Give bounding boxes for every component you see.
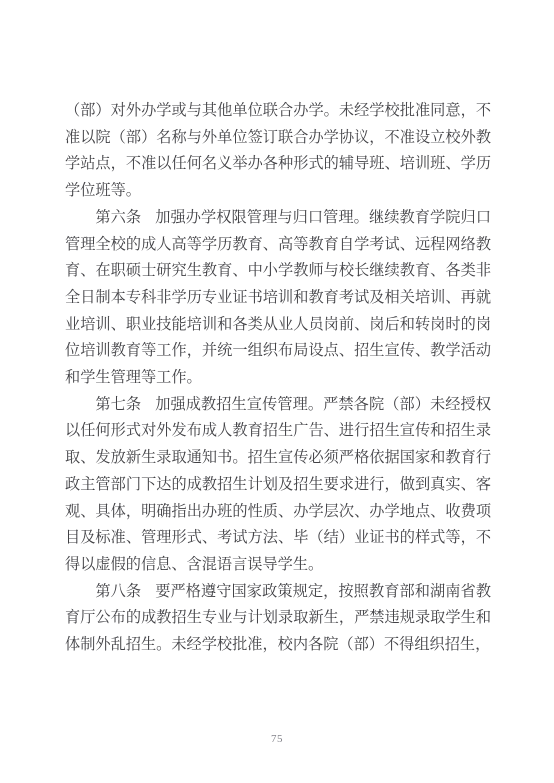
document-body-text: （部）对外办学或与其他单位联合办学。未经学校批准同意，不准以院（部）名称与外单位… — [65, 98, 491, 659]
article-8-label: 第八条 — [95, 583, 141, 600]
paragraph-continuation: （部）对外办学或与其他单位联合办学。未经学校批准同意，不准以院（部）名称与外单位… — [65, 98, 491, 205]
paragraph-text: （部）对外办学或与其他单位联合办学。未经学校批准同意，不准以院（部）名称与外单位… — [65, 102, 491, 199]
paragraph-text: 加强成教招生宣传管理。严禁各院（部）未经授权以任何形式对外发布成人教育招生广告、… — [65, 396, 491, 573]
paragraph-article-7: 第七条加强成教招生宣传管理。严禁各院（部）未经授权以任何形式对外发布成人教育招生… — [65, 392, 491, 579]
document-page: （部）对外办学或与其他单位联合办学。未经学校批准同意，不准以院（部）名称与外单位… — [0, 0, 554, 783]
paragraph-text: 加强办学权限管理与归口管理。继续教育学院归口管理全校的成人高等学历教育、高等教育… — [65, 209, 491, 386]
paragraph-article-6: 第六条加强办学权限管理与归口管理。继续教育学院归口管理全校的成人高等学历教育、高… — [65, 205, 491, 392]
article-7-label: 第七条 — [95, 396, 141, 413]
paragraph-article-8: 第八条要严格遵守国家政策规定，按照教育部和湖南省教育厅公布的成教招生专业与计划录… — [65, 579, 491, 659]
page-number: 75 — [0, 733, 554, 745]
article-6-label: 第六条 — [95, 209, 141, 226]
